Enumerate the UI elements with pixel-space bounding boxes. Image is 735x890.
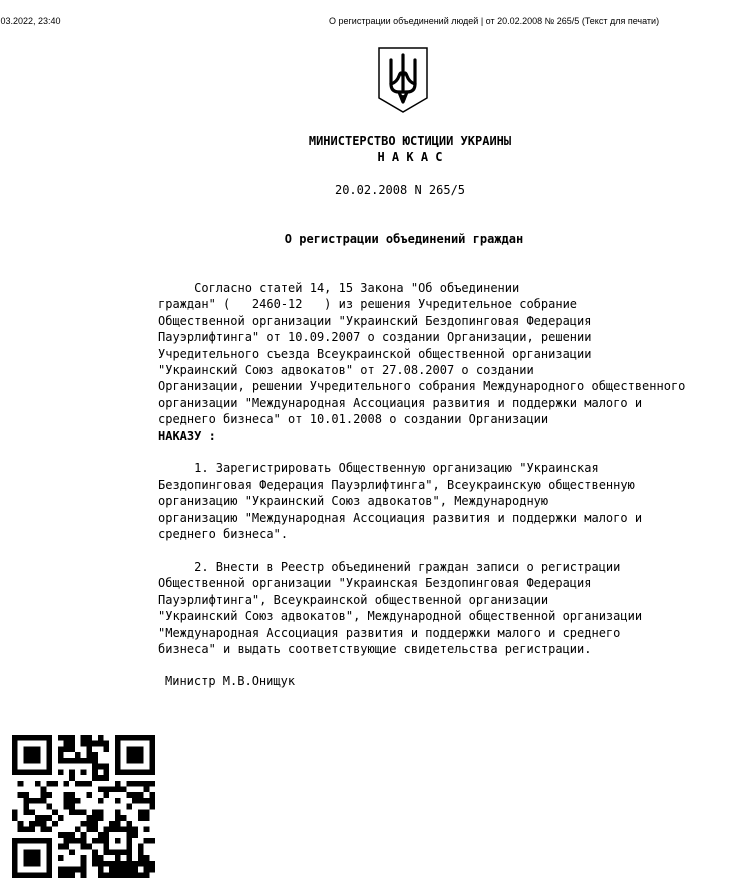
order-word: НАКАЗУ : <box>158 428 685 444</box>
item-line: Пауэрлифтинга", Всеукраинской общественн… <box>158 592 685 608</box>
preamble-line: Согласно статей 14, 15 Закона "Об объеди… <box>158 280 685 296</box>
item-line: среднего бизнеса". <box>158 526 685 542</box>
preamble-line: Организации, решении Учредительного собр… <box>158 378 685 394</box>
item-line: организацию "Международная Ассоциация ра… <box>158 510 685 526</box>
preamble-line: граждан" ( 2460-12 ) из решения Учредите… <box>158 296 685 312</box>
item-line: Бездопинговая Федерация Пауэрлифтинга", … <box>158 477 685 493</box>
coat-of-arms-of-ukraine-icon <box>377 46 429 114</box>
item-line: организацию "Украинский Союз адвокатов",… <box>158 493 685 509</box>
item-line: "Украинский Союз адвокатов", Международн… <box>158 608 685 624</box>
qr-code-icon <box>12 735 155 878</box>
issuer: МИНИСТЕРСТВО ЮСТИЦИИ УКРАИНЫ <box>309 134 511 148</box>
date-and-number: 20.02.2008 N 265/5 <box>0 182 735 198</box>
preamble-line: "Украинский Союз адвокатов" от 27.08.200… <box>158 362 685 378</box>
preamble-line: организации "Международная Ассоциация ра… <box>158 395 685 411</box>
order-item-2: 2. Внести в Реестр объединений граждан з… <box>158 559 685 657</box>
item-line: "Международная Ассоциация развития и под… <box>158 625 685 641</box>
item-line: бизнеса" и выдать соответствующие свидет… <box>158 641 685 657</box>
signature: Министр М.В.Онищук <box>165 673 295 689</box>
document-body: Согласно статей 14, 15 Закона "Об объеди… <box>158 280 685 657</box>
preamble-line: Пауэрлифтинга" от 10.09.2007 о создании … <box>158 329 685 345</box>
preamble-line: Учредительного съезда Всеукраинской обще… <box>158 346 685 362</box>
item-line: Общественной организации "Украинская Без… <box>158 575 685 591</box>
document-type: Н А К А С <box>377 150 442 164</box>
print-datetime: .03.2022, 23:40 <box>0 16 61 26</box>
item-line: 1. Зарегистрировать Общественную организ… <box>158 460 685 476</box>
preamble: Согласно статей 14, 15 Закона "Об объеди… <box>158 280 685 444</box>
preamble-line: Общественной организации "Украинский Без… <box>158 313 685 329</box>
order-item-1: 1. Зарегистрировать Общественную организ… <box>158 460 685 542</box>
item-line: 2. Внести в Реестр объединений граждан з… <box>158 559 685 575</box>
preamble-line: среднего бизнеса" от 10.01.2008 о создан… <box>158 411 685 427</box>
print-page-title: О регистрации объединений людей | от 20.… <box>329 16 659 26</box>
document-subject: О регистрации объединений граждан <box>0 231 735 247</box>
document-header: МИНИСТЕРСТВО ЮСТИЦИИ УКРАИНЫ Н А К А С <box>0 133 735 166</box>
